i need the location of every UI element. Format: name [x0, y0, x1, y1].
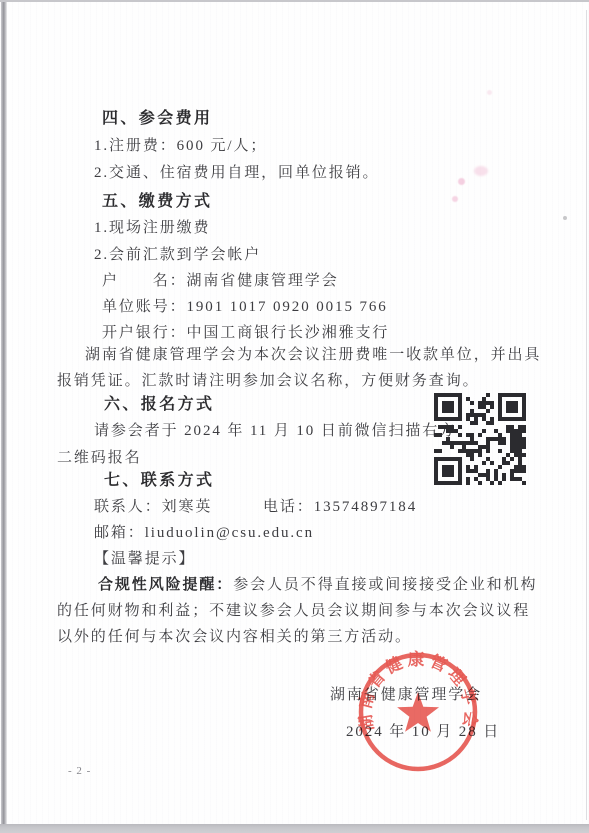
- page-sheet: 四、参会费用 1.注册费：600 元/人； 2.交通、住宿费用自理，回单位报销。…: [0, 0, 589, 833]
- account-name-line: 户 名：湖南省健康管理学会: [102, 269, 339, 290]
- scan-artifact: [458, 178, 465, 185]
- qr-code: [434, 393, 526, 485]
- page-edge-right: [586, 10, 587, 820]
- payment-note-paragraph: 湖南省健康管理学会为本次会议注册费唯一收款单位，并出具报销凭证。汇款时请注明参加…: [57, 342, 549, 394]
- contact-email-line: 邮箱：liuduolin@csu.edu.cn: [94, 521, 314, 542]
- contact-person-line: 联系人：刘寒英 电话：13574897184: [94, 495, 417, 516]
- page-number: - 2 -: [68, 765, 91, 777]
- section-heading-registration: 六、报名方式: [104, 391, 214, 414]
- section-heading-contact: 七、联系方式: [104, 467, 214, 490]
- tips-paragraph: 合规性风险提醒：参会人员不得直接或间接接受企业和机构的任何财物和利益；不建议参会…: [57, 572, 541, 650]
- page-edge-left: [1, 0, 7, 833]
- scan-artifact: [487, 90, 492, 95]
- scan-artifact: [563, 216, 567, 220]
- seal-star-icon: [397, 692, 439, 732]
- fees-item-registration: 1.注册费：600 元/人；: [94, 134, 267, 155]
- page-edge-top: [0, 0, 589, 2]
- section-heading-fees: 四、参会费用: [102, 105, 212, 128]
- payment-item-remit: 2.会前汇款到学会帐户: [94, 243, 261, 264]
- payment-item-onsite: 1.现场注册缴费: [94, 216, 210, 237]
- bank-line: 开户银行：中国工商银行长沙湘雅支行: [102, 321, 389, 342]
- scan-artifact: [474, 166, 488, 176]
- tips-label: 【温馨提示】: [94, 547, 195, 568]
- fees-item-travel: 2.交通、住宿费用自理，回单位报销。: [94, 161, 379, 182]
- scan-artifact: [452, 196, 458, 202]
- official-seal: 湖南省健康管理学会: [352, 644, 488, 784]
- section-heading-payment: 五、缴费方式: [102, 188, 212, 211]
- registration-paragraph: 请参会者于 2024 年 11 月 10 日前微信扫描右方二维码报名: [57, 418, 469, 472]
- tips-bold-lead: 合规性风险提醒：: [98, 577, 233, 593]
- scanned-document-page: { "page": { "number": "- 2 -" }, "fees":…: [0, 0, 589, 833]
- account-number-line: 单位账号：1901 1017 0920 0015 766: [102, 295, 388, 316]
- page-edge-bottom: [0, 824, 589, 833]
